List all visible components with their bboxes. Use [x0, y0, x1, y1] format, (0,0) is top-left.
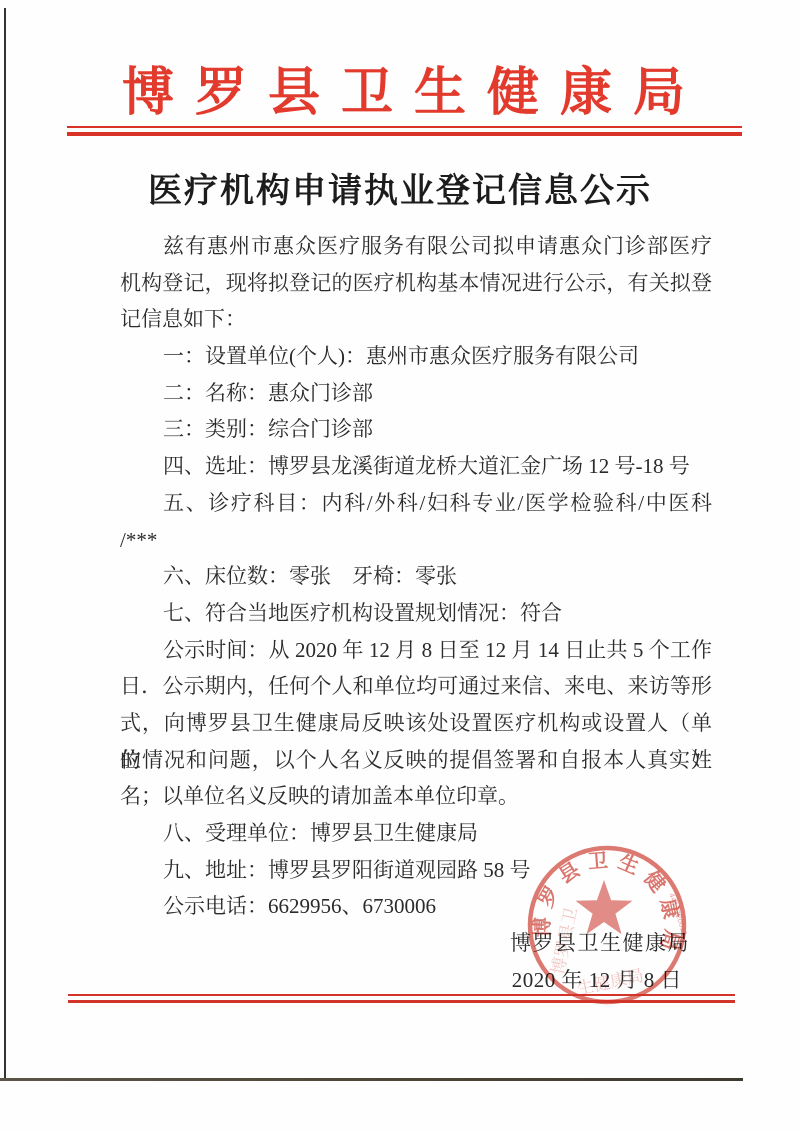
body-line: 的情况和问题，以个人名义反映的提倡签署和自报本人真实姓 — [120, 742, 712, 779]
body-line: 七、符合当地医疗机构设置规划情况：符合 — [120, 595, 712, 632]
body-line: 名；以单位名义反映的请加盖本单位印章。 — [120, 778, 712, 815]
body-line: 八、受理单位：博罗县卫生健康局 — [120, 815, 712, 852]
body-line: 记信息如下： — [120, 301, 712, 338]
footer-divider — [68, 994, 735, 1003]
body-line: 六、床位数：零张 牙椅：零张 — [120, 558, 712, 595]
document-body: 兹有惠州市惠众医疗服务有限公司拟申请惠众门诊部医疗 机构登记，现将拟登记的医疗机… — [120, 228, 712, 998]
body-line: 日．公示期内，任何个人和单位均可通过来信、来电、来访等形 — [120, 668, 712, 705]
body-line: /*** — [120, 522, 712, 559]
body-line: 二：名称：惠众门诊部 — [120, 375, 712, 412]
masthead-org-name: 博罗县卫生健康局 — [0, 50, 800, 125]
body-line: 兹有惠州市惠众医疗服务有限公司拟申请惠众门诊部医疗 — [120, 228, 712, 265]
body-line: 四、选址：博罗县龙溪街道龙桥大道汇金广场 12 号-18 号 — [120, 448, 712, 485]
paper-left-edge — [4, 8, 6, 1078]
body-line: 公示电话：6629956、6730006 — [120, 888, 712, 925]
body-line: 九、地址：博罗县罗阳街道观园路 58 号 — [120, 852, 712, 889]
body-line: 式，向博罗县卫生健康局反映该处设置医疗机构或设置人（单位） — [120, 705, 712, 742]
body-line: 三：类别：综合门诊部 — [120, 411, 712, 448]
masthead-divider — [67, 126, 742, 136]
signature-date: 2020 年 12 月 8 日 — [120, 962, 712, 999]
body-line: 一：设置单位(个人)：惠州市惠众医疗服务有限公司 — [120, 338, 712, 375]
signature-org: 博罗县卫生健康局 — [120, 925, 712, 962]
document-page: 博罗县卫生健康局 医疗机构申请执业登记信息公示 兹有惠州市惠众医疗服务有限公司拟… — [0, 0, 800, 1130]
body-line: 公示时间：从 2020 年 12 月 8 日至 12 月 14 日止共 5 个工… — [120, 632, 712, 669]
body-line: 五、诊疗科目：内科/外科/妇科专业/医学检验科/中医科 — [120, 485, 712, 522]
body-line: 机构登记，现将拟登记的医疗机构基本情况进行公示，有关拟登 — [120, 265, 712, 302]
paper-bottom-edge — [0, 1078, 743, 1081]
document-title: 医疗机构申请执业登记信息公示 — [0, 163, 800, 212]
